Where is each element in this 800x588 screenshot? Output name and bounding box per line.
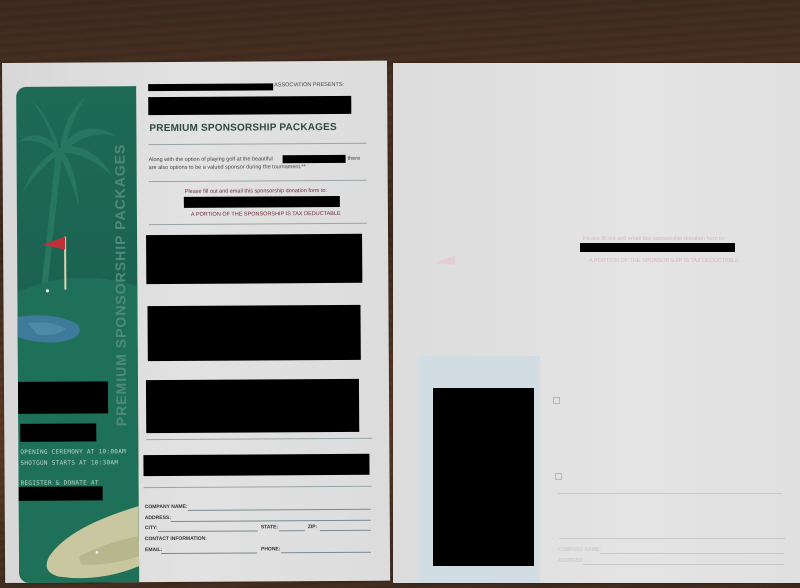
left-flyer-page: PREMIUM SPONSORSHIP PACKAGES OPENING CER… — [2, 61, 390, 583]
vertical-panel-title: PREMIUM SPONSORSHIP PACKAGES — [111, 144, 129, 427]
association-presents: ASSOCIATION PRESENTS: — [274, 82, 344, 88]
redacted-event-title — [148, 96, 351, 115]
redacted-package-4 — [143, 454, 369, 476]
faint-flag-icon — [433, 251, 473, 271]
redacted-event-name — [18, 381, 108, 414]
intro-line-1: Along with the option of playing golf at… — [149, 156, 273, 163]
redacted-email — [184, 196, 340, 208]
page-title: PREMIUM SPONSORSHIP PACKAGES — [149, 122, 337, 134]
redacted-association-name — [148, 83, 273, 91]
intro-suffix: there — [348, 156, 361, 162]
divider — [144, 486, 372, 488]
golf-ball-icon — [46, 289, 49, 292]
right-flyer-page: Please fill out and email this sponsorsh… — [393, 63, 800, 583]
email-field[interactable] — [161, 552, 257, 554]
zip-field[interactable] — [320, 530, 371, 531]
zip-label: ZIP: — [308, 524, 317, 530]
city-field[interactable] — [158, 530, 258, 532]
divider — [146, 438, 372, 440]
phone-label: PHONE: — [261, 546, 280, 552]
side-panel: PREMIUM SPONSORSHIP PACKAGES OPENING CER… — [16, 86, 139, 583]
redacted-card-content — [433, 388, 534, 566]
divider — [149, 180, 367, 182]
tax-deductible-note: A PORTION OF THE SPONSORSHIP IS TAX DEDU… — [589, 258, 739, 264]
redacted-event-date — [20, 423, 96, 441]
address-label: ADDRESS: — [558, 558, 584, 564]
state-field[interactable] — [279, 530, 305, 531]
address-field[interactable] — [583, 564, 784, 565]
checkbox-option-2[interactable] — [555, 473, 562, 480]
opening-ceremony-text: OPENING CEREMONY AT 10:00AM — [20, 448, 126, 456]
intro-line-2: are also options to be a valued sponsor … — [149, 164, 306, 171]
redacted-package-2 — [147, 305, 360, 361]
company-name-label: COMPANY NAME: — [145, 504, 188, 510]
divider — [558, 493, 782, 494]
checkbox-option-1[interactable] — [553, 397, 560, 404]
phone-field[interactable] — [281, 552, 371, 554]
fill-out-instruction: Please fill out and email this sponsorsh… — [583, 236, 725, 242]
redacted-email — [580, 243, 735, 252]
intro-prefix: Along with the option of playing golf at… — [149, 156, 273, 163]
city-label: CITY: — [145, 525, 158, 531]
address-label: ADDRESS: — [145, 515, 171, 521]
divider — [148, 143, 366, 145]
company-name-label: COMPANY NAME: — [558, 547, 601, 553]
redacted-package-1 — [146, 234, 362, 284]
redacted-venue — [283, 155, 346, 163]
divider — [149, 223, 367, 225]
state-label: STATE: — [261, 524, 278, 530]
tax-deductible-note: A PORTION OF THE SPONSORSHIP IS TAX DEDU… — [191, 211, 341, 218]
fill-out-instruction: Please fill out and email this sponsorsh… — [185, 188, 327, 195]
redacted-package-3 — [146, 379, 359, 433]
shotgun-start-text: SHOTGUN STARTS AT 10:30AM — [20, 459, 118, 467]
divider — [559, 538, 785, 539]
address-field[interactable] — [171, 520, 371, 522]
email-label: EMAIL: — [145, 547, 162, 553]
company-name-field[interactable] — [188, 509, 371, 511]
redacted-register-url — [19, 486, 103, 501]
company-name-field[interactable] — [600, 553, 784, 554]
contact-information-label: CONTACT INFORMATION: — [145, 536, 207, 542]
